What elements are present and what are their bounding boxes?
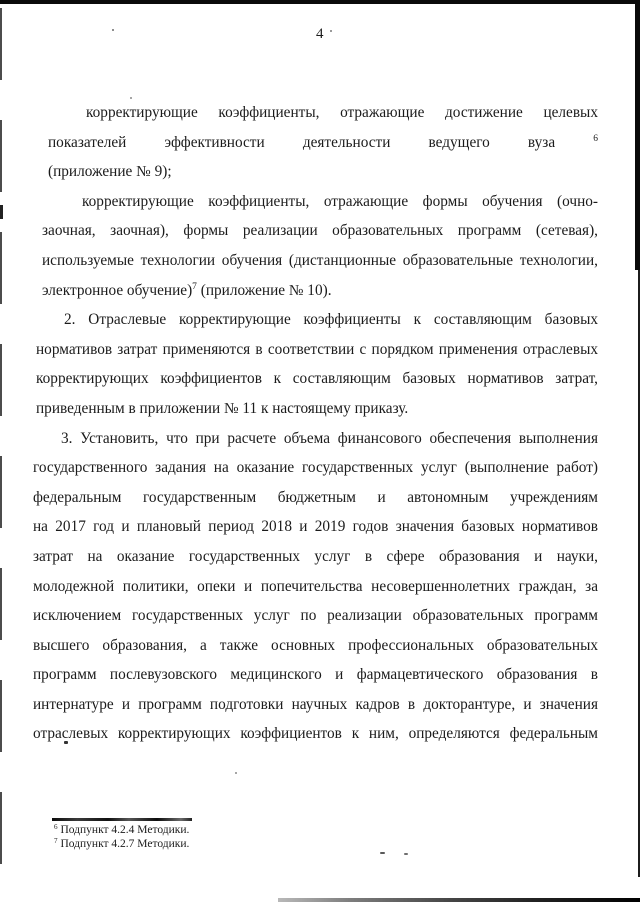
page-number: 4 xyxy=(0,26,640,43)
text-line: 3. Установить, что при расчете объема фи… xyxy=(33,424,598,454)
document-body: корректирующие коэффициенты, отражающие … xyxy=(0,98,640,749)
footnote-reference: 6 xyxy=(593,134,598,144)
footnote: 6 Подпункт 4.2.4 Методики. xyxy=(54,824,474,838)
text-line: заочная, заочная), формы реализации обра… xyxy=(42,216,598,246)
text-line: высшего образования, а также основных пр… xyxy=(33,631,598,661)
text-line: интернатуре и программ подготовки научны… xyxy=(33,690,598,720)
scan-speck xyxy=(235,772,237,774)
scan-speck xyxy=(112,29,114,31)
text-line: отраслевых корректирующих коэффициентов … xyxy=(33,719,598,749)
text-line: федеральным государственным бюджетным и … xyxy=(33,483,598,513)
text-line: корректирующие коэффициенты, отражающие … xyxy=(48,98,598,128)
paragraph: корректирующие коэффициенты, отражающие … xyxy=(48,98,598,187)
scan-speck xyxy=(64,741,68,744)
text-line: программ послевузовского медицинского и … xyxy=(33,660,598,690)
scan-speck xyxy=(380,852,385,854)
text-line: электронное обучение)7 (приложение № 10)… xyxy=(42,276,598,306)
text-line: используемые технологии обучения (дистан… xyxy=(42,246,598,276)
footnote: 7 Подпункт 4.2.7 Методики. xyxy=(54,838,474,852)
scan-speck xyxy=(404,853,408,855)
paragraph: 2. Отраслевые корректирующие коэффициент… xyxy=(36,305,598,423)
scan-speck xyxy=(130,97,132,99)
footnote-reference: 7 xyxy=(192,282,197,292)
text-line: приведенным в приложении № 11 к настояще… xyxy=(36,394,598,424)
scan-edge-bottom xyxy=(278,898,640,902)
text-line: молодежной политики, опеки и попечительс… xyxy=(33,572,598,602)
scan-edge-top xyxy=(0,0,640,4)
paragraph: 3. Установить, что при расчете объема фи… xyxy=(33,424,598,750)
footnote-reference: 7 xyxy=(54,837,58,845)
footnote-reference: 6 xyxy=(54,823,58,831)
text-line: показателей эффективности деятельности в… xyxy=(48,128,598,158)
text-line: исключением государственных услуг по реа… xyxy=(33,601,598,631)
paragraph: корректирующие коэффициенты, отражающие … xyxy=(42,187,598,305)
text-line: корректирующих коэффициентов к составляю… xyxy=(36,364,598,394)
text-line: на 2017 год и плановый период 2018 и 201… xyxy=(33,512,598,542)
scanned-document-page: 4 корректирующие коэффициенты, отражающи… xyxy=(0,0,640,905)
scan-speck xyxy=(330,30,332,32)
text-line: нормативов затрат применяются в соответс… xyxy=(36,335,598,365)
text-line: государственного задания на оказание гос… xyxy=(33,453,598,483)
text-line: корректирующие коэффициенты, отражающие … xyxy=(42,187,598,217)
text-line: (приложение № 9); xyxy=(48,157,598,187)
text-line: затрат на оказание государственных услуг… xyxy=(33,542,598,572)
text-line: 2. Отраслевые корректирующие коэффициент… xyxy=(36,305,598,335)
footnote-separator xyxy=(52,818,192,821)
footnotes: 6 Подпункт 4.2.4 Методики.7 Подпункт 4.2… xyxy=(54,824,474,851)
